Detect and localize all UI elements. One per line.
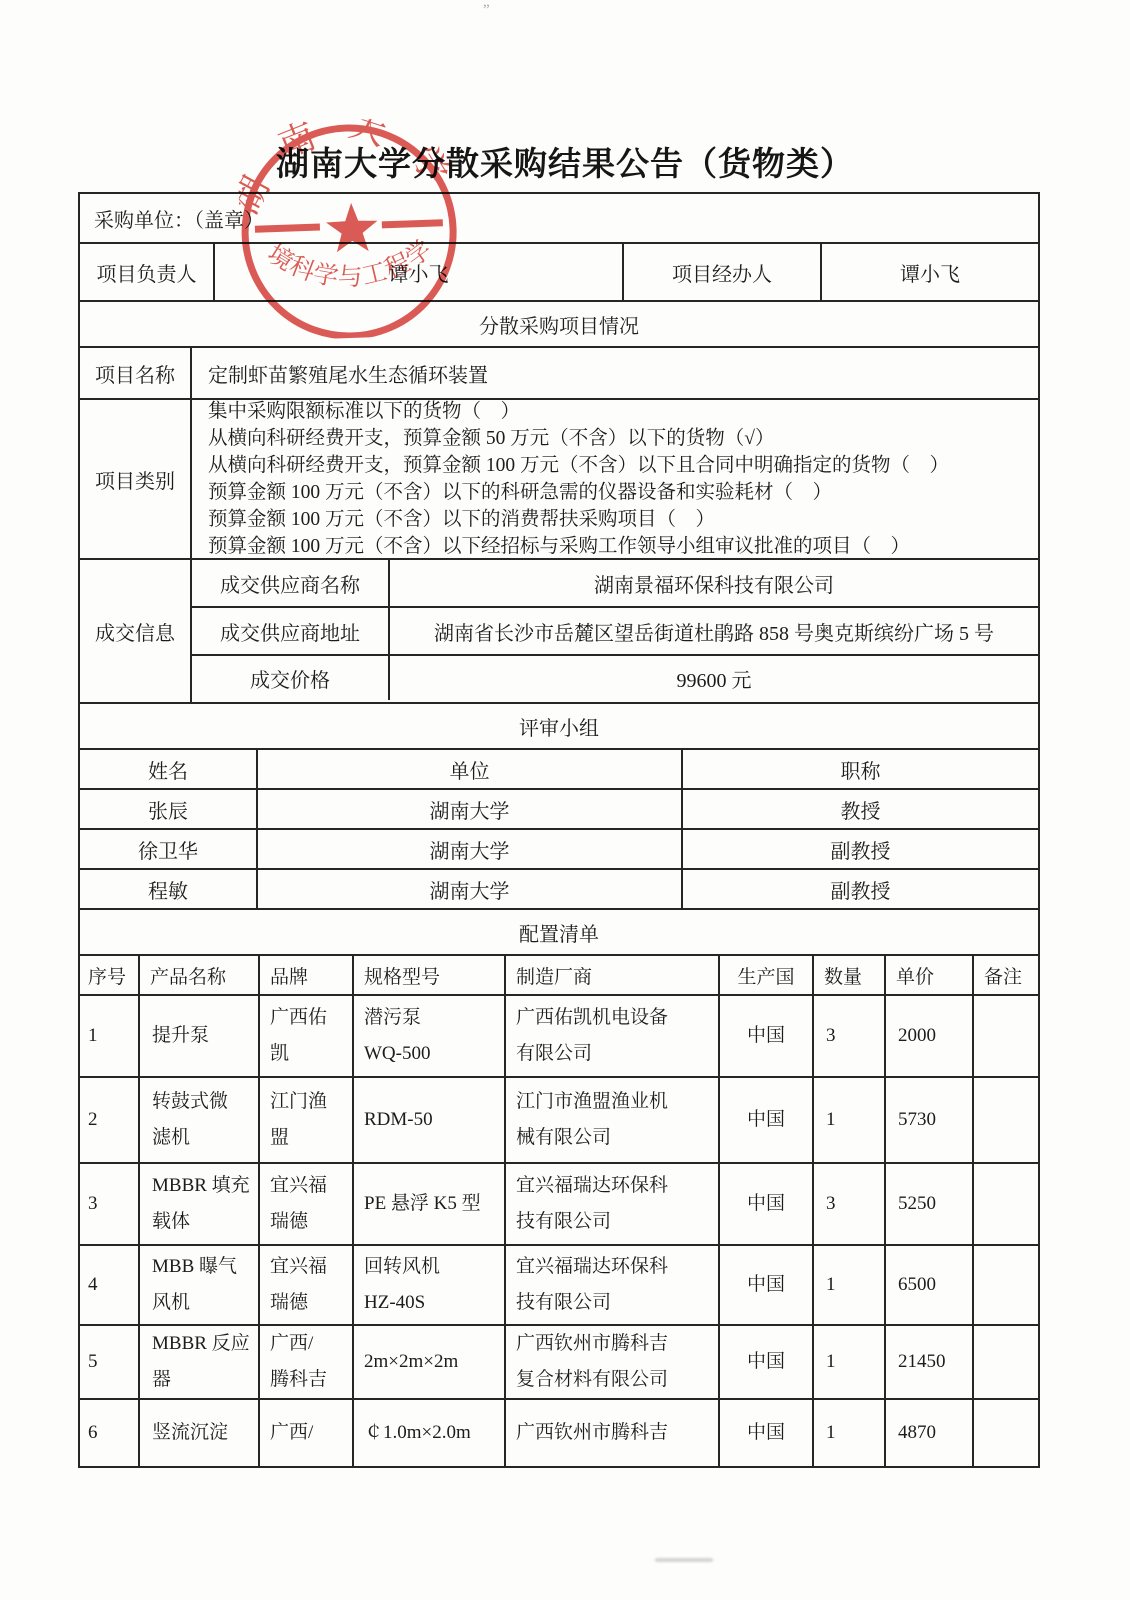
item-brand: 宜兴福 瑞德 bbox=[258, 1246, 352, 1324]
member-name: 张辰 bbox=[80, 790, 256, 828]
config-section-header-row: 配置清单 bbox=[80, 908, 1038, 954]
config-item-row: 1 提升泵 广西佑 凯 潜污泵 WQ-500 广西佑凯机电设备 有限公司 中国 … bbox=[80, 994, 1038, 1076]
item-spec: ￠1.0m×2.0m bbox=[352, 1400, 504, 1466]
supplier-address-value: 湖南省长沙市岳麓区望岳街道杜鹃路 858 号奥克斯缤纷广场 5 号 bbox=[388, 608, 1038, 654]
purchaser-row: 采购单位：（盖章） bbox=[80, 194, 1038, 242]
purchaser-label: 采购单位：（盖章） bbox=[80, 194, 1038, 242]
member-title: 副教授 bbox=[681, 870, 1038, 908]
member-name: 徐卫华 bbox=[80, 830, 256, 868]
config-col-country: 生产国 bbox=[718, 956, 812, 994]
item-product: 提升泵 bbox=[138, 996, 258, 1076]
item-remark bbox=[972, 996, 1038, 1076]
page-title: 湖南大学分散采购结果公告（货物类） bbox=[0, 138, 1130, 185]
category-option: 集中采购限额标准以下的货物（ ） bbox=[208, 400, 949, 425]
review-section-header-row: 评审小组 bbox=[80, 702, 1038, 748]
item-maker: 广西钦州市腾科吉 bbox=[504, 1400, 718, 1466]
project-agent-name: 谭小飞 bbox=[820, 244, 1038, 300]
project-leader-name: 谭小飞 bbox=[213, 244, 622, 300]
member-name: 程敏 bbox=[80, 870, 256, 908]
member-title: 副教授 bbox=[681, 830, 1038, 868]
main-table: 采购单位：（盖章） 项目负责人 谭小飞 项目经办人 谭小飞 分散采购项目情况 项… bbox=[78, 192, 1040, 1468]
item-qty: 1 bbox=[812, 1400, 884, 1466]
item-maker: 宜兴福瑞达环保科 技有限公司 bbox=[504, 1246, 718, 1324]
item-maker: 宜兴福瑞达环保科 技有限公司 bbox=[504, 1164, 718, 1244]
item-price: 4870 bbox=[884, 1400, 972, 1466]
item-country: 中国 bbox=[718, 1078, 812, 1162]
category-option: 从横向科研经费开支，预算金额 50 万元（不含）以下的货物（√） bbox=[208, 425, 949, 452]
review-member-row: 徐卫华 湖南大学 副教授 bbox=[80, 828, 1038, 868]
item-product: 竖流沉淀 bbox=[138, 1400, 258, 1466]
config-col-maker: 制造厂商 bbox=[504, 956, 718, 994]
item-brand: 广西/ bbox=[258, 1400, 352, 1466]
config-item-row: 5 MBBR 反应 器 广西/ 腾科吉 2m×2m×2m 广西钦州市腾科吉 复合… bbox=[80, 1324, 1038, 1398]
item-qty: 3 bbox=[812, 1164, 884, 1244]
project-section-title: 分散采购项目情况 bbox=[80, 302, 1038, 346]
item-maker: 江门市渔盟渔业机 械有限公司 bbox=[504, 1078, 718, 1162]
item-remark bbox=[972, 1246, 1038, 1324]
item-country: 中国 bbox=[718, 1246, 812, 1324]
deal-info-group: 成交信息 成交供应商名称 湖南景福环保科技有限公司 成交供应商地址 湖南省长沙市… bbox=[80, 558, 1038, 702]
item-product: 转鼓式微 滤机 bbox=[138, 1078, 258, 1162]
item-seq: 2 bbox=[80, 1078, 138, 1162]
config-item-row: 2 转鼓式微 滤机 江门渔 盟 RDM-50 江门市渔盟渔业机 械有限公司 中国… bbox=[80, 1076, 1038, 1162]
member-unit: 湖南大学 bbox=[256, 790, 681, 828]
config-col-product: 产品名称 bbox=[138, 956, 258, 994]
scan-artifact-bottom bbox=[655, 1558, 713, 1562]
item-qty: 3 bbox=[812, 996, 884, 1076]
config-item-row: 3 MBBR 填充 载体 宜兴福 瑞德 PE 悬浮 K5 型 宜兴福瑞达环保科 … bbox=[80, 1162, 1038, 1244]
item-product: MBBR 填充 载体 bbox=[138, 1164, 258, 1244]
personnel-row: 项目负责人 谭小飞 项目经办人 谭小飞 bbox=[80, 242, 1038, 300]
item-price: 6500 bbox=[884, 1246, 972, 1324]
project-category-options: 集中采购限额标准以下的货物（ ） 从横向科研经费开支，预算金额 50 万元（不含… bbox=[190, 400, 1038, 558]
review-member-row: 张辰 湖南大学 教授 bbox=[80, 788, 1038, 828]
review-col-name: 姓名 bbox=[80, 750, 256, 788]
review-member-row: 程敏 湖南大学 副教授 bbox=[80, 868, 1038, 908]
project-name-row: 项目名称 定制虾苗繁殖尾水生态循环装置 bbox=[80, 346, 1038, 398]
review-col-title: 职称 bbox=[681, 750, 1038, 788]
item-qty: 1 bbox=[812, 1326, 884, 1398]
supplier-name-label: 成交供应商名称 bbox=[192, 560, 388, 606]
item-remark bbox=[972, 1164, 1038, 1244]
item-remark bbox=[972, 1326, 1038, 1398]
item-price: 2000 bbox=[884, 996, 972, 1076]
deal-price-label: 成交价格 bbox=[192, 656, 388, 700]
item-country: 中国 bbox=[718, 996, 812, 1076]
config-section-title: 配置清单 bbox=[80, 910, 1038, 954]
item-seq: 6 bbox=[80, 1400, 138, 1466]
supplier-address-label: 成交供应商地址 bbox=[192, 608, 388, 654]
item-spec: RDM-50 bbox=[352, 1078, 504, 1162]
item-spec: PE 悬浮 K5 型 bbox=[352, 1164, 504, 1244]
deal-price-row: 成交价格 99600 元 bbox=[192, 654, 1038, 700]
item-remark bbox=[972, 1078, 1038, 1162]
category-option: 从横向科研经费开支，预算金额 100 万元（不含）以下且合同中明确指定的货物（ … bbox=[208, 452, 949, 479]
deal-price-value: 99600 元 bbox=[388, 656, 1038, 700]
member-title: 教授 bbox=[681, 790, 1038, 828]
review-col-unit: 单位 bbox=[256, 750, 681, 788]
scan-artifact-top: ” bbox=[483, 2, 492, 19]
config-item-row: 6 竖流沉淀 广西/ ￠1.0m×2.0m 广西钦州市腾科吉 中国 1 4870 bbox=[80, 1398, 1038, 1466]
project-category-row: 项目类别 集中采购限额标准以下的货物（ ） 从横向科研经费开支，预算金额 50 … bbox=[80, 398, 1038, 558]
item-brand: 广西/ 腾科吉 bbox=[258, 1326, 352, 1398]
item-country: 中国 bbox=[718, 1164, 812, 1244]
config-col-qty: 数量 bbox=[812, 956, 884, 994]
item-qty: 1 bbox=[812, 1246, 884, 1324]
item-brand: 宜兴福 瑞德 bbox=[258, 1164, 352, 1244]
review-header-row: 姓名 单位 职称 bbox=[80, 748, 1038, 788]
item-country: 中国 bbox=[718, 1326, 812, 1398]
item-maker: 广西钦州市腾科吉 复合材料有限公司 bbox=[504, 1326, 718, 1398]
item-seq: 5 bbox=[80, 1326, 138, 1398]
project-name-value: 定制虾苗繁殖尾水生态循环装置 bbox=[190, 348, 1038, 398]
item-spec: 潜污泵 WQ-500 bbox=[352, 996, 504, 1076]
project-name-label: 项目名称 bbox=[80, 348, 190, 398]
project-leader-label: 项目负责人 bbox=[80, 244, 213, 300]
category-option: 预算金额 100 万元（不含）以下的消费帮扶采购项目（ ） bbox=[208, 506, 949, 533]
config-col-seq: 序号 bbox=[80, 956, 138, 994]
item-seq: 1 bbox=[80, 996, 138, 1076]
category-option: 预算金额 100 万元（不含）以下经招标与采购工作领导小组审议批准的项目（ ） bbox=[208, 533, 949, 558]
scanned-document-page: ” 湖南大学分散采购结果公告（货物类） 湖南大学 环境科学与工程学院 采购单位：… bbox=[0, 0, 1130, 1600]
config-col-brand: 品牌 bbox=[258, 956, 352, 994]
item-seq: 4 bbox=[80, 1246, 138, 1324]
item-price: 5250 bbox=[884, 1164, 972, 1244]
item-brand: 广西佑 凯 bbox=[258, 996, 352, 1076]
supplier-address-row: 成交供应商地址 湖南省长沙市岳麓区望岳街道杜鹃路 858 号奥克斯缤纷广场 5 … bbox=[192, 606, 1038, 654]
config-col-spec: 规格型号 bbox=[352, 956, 504, 994]
item-spec: 回转风机 HZ-40S bbox=[352, 1246, 504, 1324]
item-country: 中国 bbox=[718, 1400, 812, 1466]
item-product: MBBR 反应 器 bbox=[138, 1326, 258, 1398]
config-col-price: 单价 bbox=[884, 956, 972, 994]
supplier-name-row: 成交供应商名称 湖南景福环保科技有限公司 bbox=[192, 560, 1038, 606]
item-seq: 3 bbox=[80, 1164, 138, 1244]
item-price: 5730 bbox=[884, 1078, 972, 1162]
review-section-title: 评审小组 bbox=[80, 704, 1038, 748]
item-spec: 2m×2m×2m bbox=[352, 1326, 504, 1398]
member-unit: 湖南大学 bbox=[256, 870, 681, 908]
category-option: 预算金额 100 万元（不含）以下的科研急需的仪器设备和实验耗材（ ） bbox=[208, 479, 949, 506]
project-category-label: 项目类别 bbox=[80, 400, 190, 558]
item-maker: 广西佑凯机电设备 有限公司 bbox=[504, 996, 718, 1076]
config-col-remark: 备注 bbox=[972, 956, 1038, 994]
config-header-row: 序号 产品名称 品牌 规格型号 制造厂商 生产国 数量 单价 备注 bbox=[80, 954, 1038, 994]
config-item-row: 4 MBB 曝气 风机 宜兴福 瑞德 回转风机 HZ-40S 宜兴福瑞达环保科 … bbox=[80, 1244, 1038, 1324]
item-price: 21450 bbox=[884, 1326, 972, 1398]
supplier-name-value: 湖南景福环保科技有限公司 bbox=[388, 560, 1038, 606]
project-section-header-row: 分散采购项目情况 bbox=[80, 300, 1038, 346]
project-agent-label: 项目经办人 bbox=[622, 244, 820, 300]
deal-info-rows: 成交供应商名称 湖南景福环保科技有限公司 成交供应商地址 湖南省长沙市岳麓区望岳… bbox=[190, 560, 1038, 702]
item-brand: 江门渔 盟 bbox=[258, 1078, 352, 1162]
deal-info-label: 成交信息 bbox=[80, 560, 190, 702]
member-unit: 湖南大学 bbox=[256, 830, 681, 868]
item-remark bbox=[972, 1400, 1038, 1466]
item-product: MBB 曝气 风机 bbox=[138, 1246, 258, 1324]
item-qty: 1 bbox=[812, 1078, 884, 1162]
